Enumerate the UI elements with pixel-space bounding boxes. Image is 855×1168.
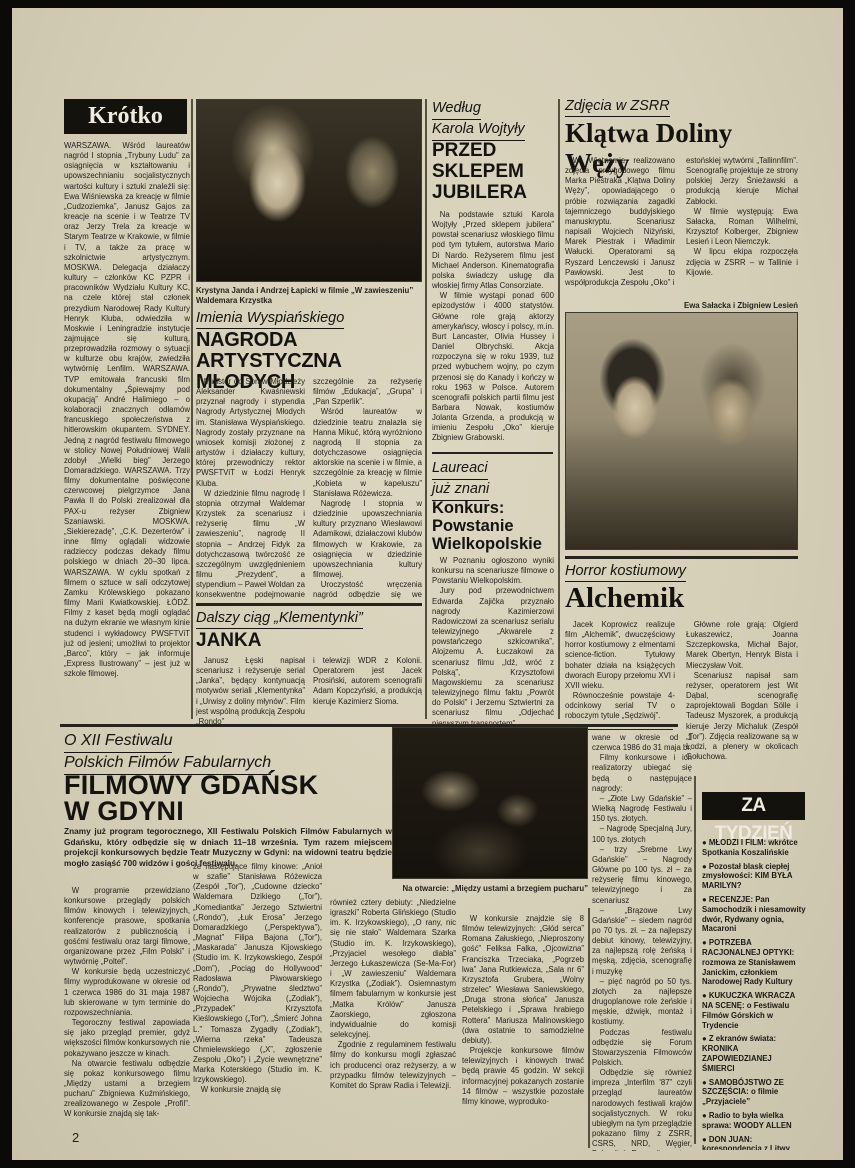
section-divider	[432, 452, 553, 454]
krotko-header: Krótko	[88, 103, 163, 129]
photo-caption: Krystyna Janda i Andrzej Łapicki w filmi…	[196, 286, 422, 306]
article-kicker: O XII Festiwalu Polskich Filmów Fabularn…	[64, 731, 271, 775]
article-title-gdansk: FILMOWY GDAŃSK W GDYNI	[64, 772, 318, 824]
column-divider	[191, 99, 193, 719]
nagroda-col1: Minister do Spraw Młodzieży Aleksander K…	[196, 377, 305, 599]
klatwa-col1: W Wietnamie realizowano zdjęcia przygodo…	[565, 156, 675, 300]
za-tydzien-header: ZA TYDZIEŃ	[715, 795, 793, 844]
za-tydzien-item: ● Radio to była wielka sprawa: WOODY ALL…	[702, 1111, 806, 1131]
article-kicker: Dalszy ciąg „Klementynki”	[196, 609, 363, 629]
za-tydzien-item: ● Z ekranów świata: KRONIKA ZAPOWIEDZIAN…	[702, 1034, 806, 1073]
jubilera-body: Na podstawie sztuki Karola Wojtyły „Prze…	[432, 210, 554, 448]
gdansk-col5: wane w okresie od 1 czerwca 1986 do 31 m…	[592, 733, 692, 1151]
article-title-konkurs: Konkurs: Powstanie Wielkopolskie	[432, 499, 554, 553]
article-kicker: Laureaci już znani	[432, 459, 489, 501]
photo-caption: Ewa Sałacka i Zbigniew Lesień	[565, 301, 798, 311]
za-tydzien-item: ● POTRZEBA RACJONALNEJ OPTYKI: rozmowa z…	[702, 938, 806, 987]
column-divider	[694, 776, 696, 1144]
photo-caption: Na otwarcie: „Między ustami a brzegiem p…	[350, 884, 588, 894]
konkurs-body: W Poznaniu ogłoszono wyniki konkursu na …	[432, 556, 554, 724]
article-kicker: Według Karola Wojtyły	[432, 99, 525, 141]
krotko-header-box: Krótko	[64, 99, 187, 134]
klatwa-col2: estońskiej wytwórni „Tallinnfilm”. Sceno…	[686, 156, 798, 300]
za-tydzien-item: ● RECENZJE: Pan Samochodzik i niesamowit…	[702, 895, 806, 934]
newspaper-page: Krótko WARSZAWA. Wśród laureatów nagród …	[0, 0, 855, 1168]
za-tydzien-item: ● KUKUCZKA WKRACZA NA SCENĘ: o Festiwalu…	[702, 991, 806, 1030]
photo-miedzy-ustami-still	[392, 727, 588, 879]
article-title-alchemik: Alchemik	[565, 582, 684, 614]
za-tydzien-item: ● MŁODZI I FILM: wkrótce Spotkania Kosza…	[702, 838, 806, 858]
za-tydzien-header-box: ZA TYDZIEŃ	[702, 792, 805, 820]
article-kicker: Horror kostiumowy	[565, 562, 686, 582]
section-divider	[565, 556, 798, 559]
za-tydzien-item: ● Pozostał blask ciepłej zmysłowości: KI…	[702, 862, 806, 891]
article-kicker: Imienia Wyspiańskiego	[196, 309, 344, 329]
alchemik-col1: Jacek Koprowicz realizuje film „Alchemik…	[565, 620, 675, 726]
alchemik-col2: Główne role grają: Olgierd Łukaszewicz, …	[686, 620, 798, 768]
page-number: 2	[72, 1130, 79, 1145]
gdansk-col4: W konkursie znajdzie się 8 filmów telewi…	[462, 914, 584, 1152]
article-kicker: Zdjęcia w ZSRR	[565, 97, 670, 117]
nagroda-col2: szczególnie za reżyserię filmów „Edukacj…	[313, 377, 422, 599]
column-divider	[558, 99, 560, 719]
gdansk-col2: że następujące filmy kinowe: „Anioł w sz…	[193, 862, 322, 1130]
za-tydzien-item: ● DON JUAN: korespondencja z Litwy	[702, 1135, 806, 1150]
column-divider	[588, 908, 590, 1148]
photo-ewa-salacka-zbigniew-lesien	[565, 312, 798, 550]
gdansk-col3: również cztery debiuty: „Niedzielne igra…	[330, 898, 456, 1136]
article-title-jubilera: PRZED SKLEPEM JUBILERA	[432, 140, 554, 203]
section-divider	[196, 603, 422, 606]
column-divider	[425, 99, 427, 719]
gdansk-col1: W programie przewidziano konkursowe prze…	[64, 886, 190, 1132]
krotko-body: WARSZAWA. Wśród laureatów nagród I stopn…	[64, 141, 190, 721]
za-tydzien-item: ● SAMOBÓJSTWO ZE SZCZĘŚCIA: o filmie „Pr…	[702, 1078, 806, 1107]
za-tydzien-list: ● MŁODZI I FILM: wkrótce Spotkania Kosza…	[702, 838, 806, 1150]
photo-w-zawieszeniu-still	[196, 99, 422, 282]
article-title-janka: JANKA	[196, 631, 261, 651]
